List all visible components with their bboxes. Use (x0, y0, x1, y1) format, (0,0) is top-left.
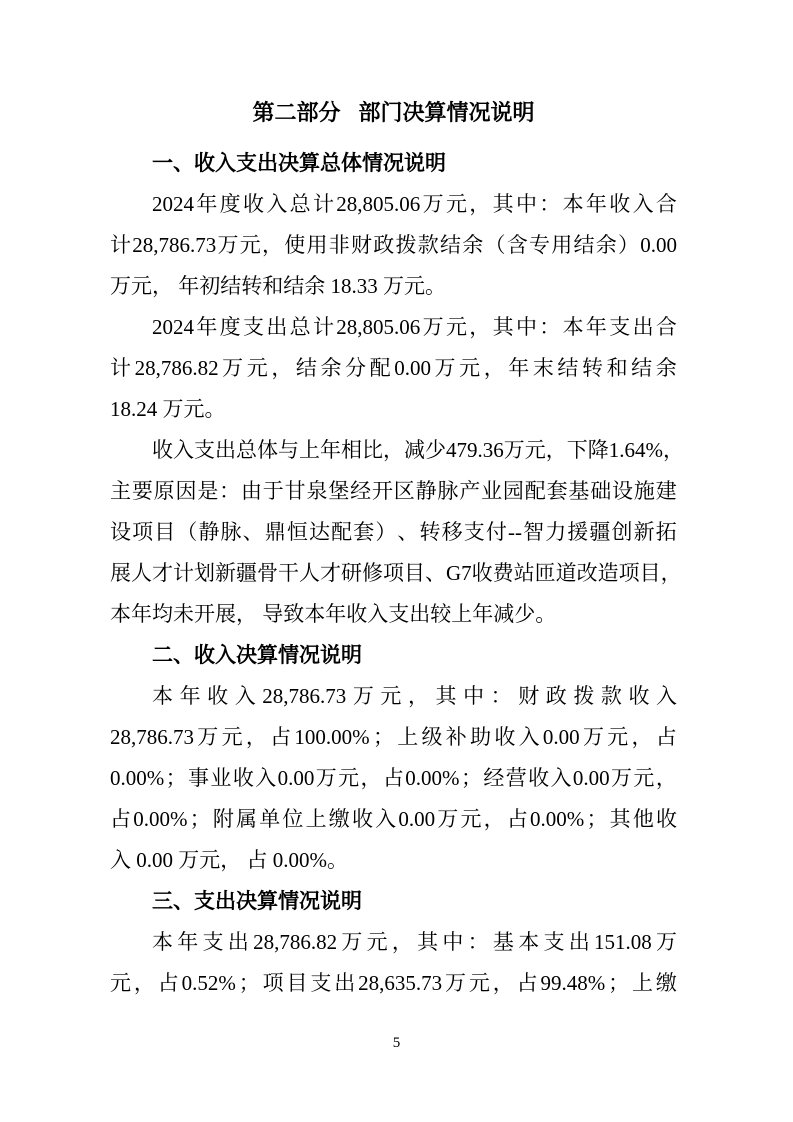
paragraph-line: 主要原因是：由于甘泉堡经开区静脉产业园配套基础设施建 (110, 471, 677, 512)
document-title: 第二部分 部门决算情况说明 (110, 97, 677, 129)
paragraph-line: 万元， 年初结转和结余 18.33 万元。 (110, 266, 677, 307)
section-heading-2: 二、收入决算情况说明 (110, 635, 677, 676)
paragraph-line: 2024年度收入总计28,805.06万元，其中：本年收入合 (110, 184, 677, 225)
document-page: 第二部分 部门决算情况说明 一、收入支出决算总体情况说明 2024年度收入总计2… (0, 0, 793, 1122)
section-heading-3: 三、支出决算情况说明 (110, 881, 677, 922)
paragraph-line: 计28,786.73万元，使用非财政拨款结余（含专用结余）0.00 (110, 225, 677, 266)
paragraph: 2024年度支出总计28,805.06万元，其中：本年支出合 计28,786.8… (110, 307, 677, 430)
paragraph-line: 占0.00%；附属单位上缴收入0.00万元，占0.00%；其他收 (110, 799, 677, 840)
paragraph: 2024年度收入总计28,805.06万元，其中：本年收入合 计28,786.7… (110, 184, 677, 307)
paragraph: 本年收入28,786.73万元，其中：财政拨款收入 28,786.73万元，占1… (110, 676, 677, 881)
paragraph-line: 收入支出总体与上年相比，减少479.36万元，下降1.64%， (110, 430, 677, 471)
section-heading-1: 一、收入支出决算总体情况说明 (110, 143, 677, 184)
paragraph-line: 28,786.73万元，占100.00%；上级补助收入0.00万元，占 (110, 717, 677, 758)
paragraph-line: 计28,786.82万元，结余分配0.00万元，年末结转和结余 (110, 348, 677, 389)
paragraph-line: 本年支出28,786.82万元，其中：基本支出151.08万 (110, 922, 677, 963)
paragraph-line: 18.24 万元。 (110, 389, 677, 430)
paragraph-line: 本年收入28,786.73万元，其中：财政拨款收入 (110, 676, 677, 717)
paragraph: 本年支出28,786.82万元，其中：基本支出151.08万 元，占0.52%；… (110, 922, 677, 1004)
page-number: 5 (0, 1033, 793, 1053)
paragraph-line: 设项目（静脉、鼎恒达配套）、转移支付--智力援疆创新拓 (110, 512, 677, 553)
paragraph-line: 展人才计划新疆骨干人才研修项目、G7收费站匝道改造项目， (110, 553, 677, 594)
paragraph-line: 2024年度支出总计28,805.06万元，其中：本年支出合 (110, 307, 677, 348)
paragraph-line: 0.00%；事业收入0.00万元，占0.00%；经营收入0.00万元， (110, 758, 677, 799)
paragraph-line: 元，占0.52%；项目支出28,635.73万元，占99.48%；上缴 (110, 963, 677, 1004)
paragraph-line: 本年均未开展， 导致本年收入支出较上年减少。 (110, 594, 677, 635)
paragraph: 收入支出总体与上年相比，减少479.36万元，下降1.64%， 主要原因是：由于… (110, 430, 677, 635)
paragraph-line: 入 0.00 万元， 占 0.00%。 (110, 840, 677, 881)
